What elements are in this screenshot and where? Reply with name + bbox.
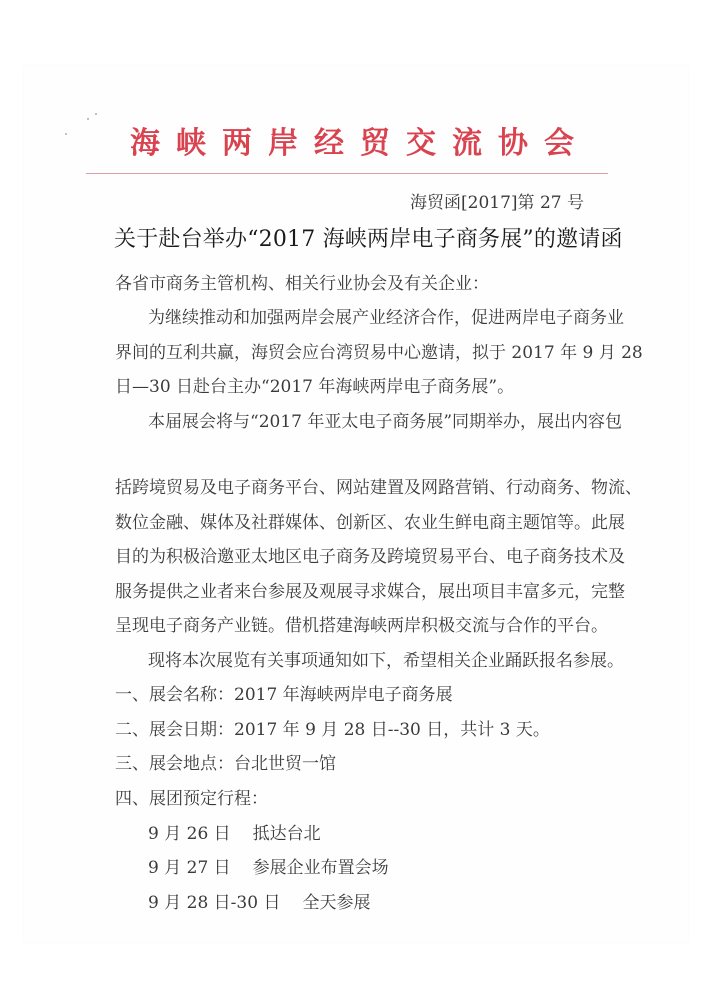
paragraph-line: 服务提供之业者来台参展及观展寻求媒合，展出项目丰富多元，完整	[115, 580, 625, 604]
paragraph-line: 现将本次展览有关事项通知如下，希望相关企业踊跃报名参展。	[148, 649, 624, 673]
paragraph-line: 本届展会将与“2017 年亚太电子商务展”同期举办，展出内容包	[148, 410, 622, 434]
item-exhibition-venue: 三、展会地点：台北世贸一馆	[115, 752, 336, 776]
item-exhibition-date: 二、展会日期：2017 年 9 月 28 日--30 日，共计 3 天。	[115, 718, 550, 742]
scan-speck	[95, 113, 97, 115]
schedule-date: 9 月 27 日	[148, 856, 231, 880]
item-exhibition-name: 一、展会名称：2017 年海峡两岸电子商务展	[115, 683, 453, 707]
scan-speck	[65, 133, 67, 135]
item-itinerary: 四、展团预定行程：	[115, 787, 268, 811]
schedule-activity: 参展企业布置会场	[253, 858, 389, 878]
scan-speck	[87, 118, 89, 120]
schedule-row: 9 月 28 日-30 日全天参展	[148, 891, 370, 915]
letterhead-organization: 海峡两岸经贸交流协会	[130, 124, 570, 164]
salutation: 各省市商务主管机构、相关行业协会及有关企业：	[115, 272, 489, 296]
schedule-row: 9 月 26 日抵达台北	[148, 822, 321, 846]
paragraph-line: 界间的互利共赢，海贸会应台湾贸易中心邀请，拟于 2017 年 9 月 28	[115, 341, 643, 365]
paragraph-line: 呈现电子商务产业链。借机搭建海峡两岸积极交流与合作的平台。	[115, 614, 608, 638]
schedule-date: 9 月 28 日-30 日	[148, 891, 280, 915]
paragraph-line: 日—30 日赴台主办“2017 年海峡两岸电子商务展”。	[115, 375, 514, 399]
paragraph-line: 为继续推动和加强两岸会展产业经济合作，促进两岸电子商务业	[148, 306, 624, 330]
schedule-date: 9 月 26 日	[148, 822, 231, 846]
schedule-row: 9 月 27 日参展企业布置会场	[148, 856, 389, 880]
paragraph-line: 括跨境贸易及电子商务平台、网站建置及网路营销、行动商务、物流、	[115, 476, 642, 500]
paragraph-line: 数位金融、媒体及社群媒体、创新区、农业生鲜电商主题馆等。此展	[115, 511, 625, 535]
letterhead-divider	[86, 173, 608, 174]
schedule-activity: 全天参展	[302, 893, 370, 913]
document-title: 关于赴台举办“2017 海峡两岸电子商务展”的邀请函	[114, 222, 623, 253]
schedule-activity: 抵达台北	[253, 824, 321, 844]
document-number: 海贸函[2017]第 27 号	[410, 188, 584, 213]
paragraph-line: 目的为积极洽邀亚太地区电子商务及跨境贸易平台、电子商务技术及	[115, 545, 625, 569]
